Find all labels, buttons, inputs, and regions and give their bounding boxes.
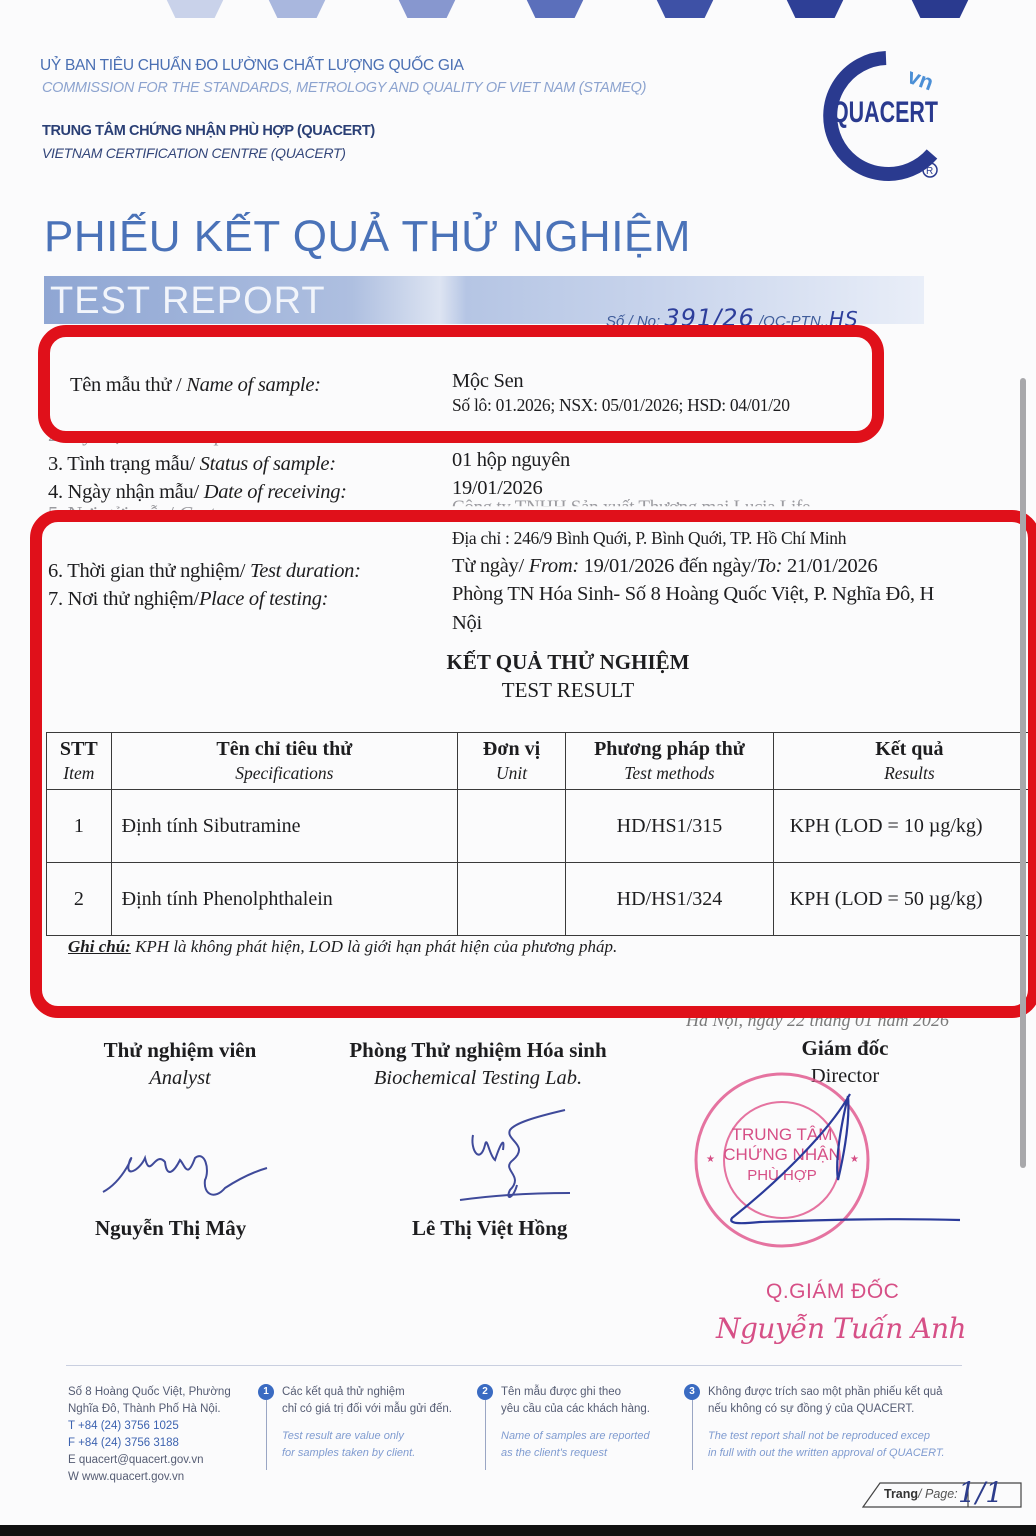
highlight-box-sample xyxy=(38,325,884,443)
footer-note-2-vn: Tên mẫu được ghi theoyêu cầu của các khá… xyxy=(501,1384,650,1418)
analyst-name: Nguyễn Thị Mây xyxy=(95,1216,246,1241)
footer-note-2-en: Name of samples are reportedas the clien… xyxy=(501,1428,650,1462)
centre-name-en: VIETNAM CERTIFICATION CENTRE (QUACERT) xyxy=(42,145,346,161)
footer-divider xyxy=(66,1365,962,1366)
footer-note-3-line xyxy=(692,1400,693,1470)
acting-director-title: Q.GIÁM ĐỐC xyxy=(766,1280,899,1304)
svg-text:★: ★ xyxy=(706,1154,715,1165)
field-status-label: 3. Tình trạng mẫu/ Status of sample: xyxy=(48,453,336,476)
field-date-received-label: 4. Ngày nhận mẫu/ Date of receiving: xyxy=(48,481,347,504)
test-report-page: UỶ BAN TIÊU CHUẨN ĐO LƯỜNG CHẤT LƯỢNG QU… xyxy=(0,0,1036,1525)
lab-head-name: Lê Thị Việt Hồng xyxy=(412,1216,567,1241)
vertical-scrollbar[interactable] xyxy=(1020,378,1026,1168)
footer-note-2-icon: 2 xyxy=(477,1384,493,1400)
footer-note-3-icon: 3 xyxy=(684,1384,700,1400)
footer-contact: Số 8 Hoàng Quốc Việt, Phường Nghĩa Đô, T… xyxy=(68,1384,231,1486)
org-name-en: COMMISSION FOR THE STANDARDS, METROLOGY … xyxy=(42,80,646,96)
lab-heading: Phòng Thử nghiệm Hóa sinhBiochemical Tes… xyxy=(318,1038,638,1090)
centre-name-vn: TRUNG TÂM CHỨNG NHẬN PHÙ HỢP (QUACERT) xyxy=(42,123,375,139)
report-title-vn: PHIẾU KẾT QUẢ THỬ NGHIỆM xyxy=(44,212,691,262)
lab-signature-icon xyxy=(455,1105,575,1210)
director-signature-icon xyxy=(720,1090,970,1230)
svg-text:vn: vn xyxy=(904,63,937,95)
report-title-en: TEST REPORT xyxy=(50,280,326,323)
acting-director-name: Nguyễn Tuấn Anh xyxy=(716,1312,966,1345)
analyst-signature-icon xyxy=(95,1140,275,1210)
quacert-logo: vn QUACERT R xyxy=(808,42,948,182)
status-value: 01 hộp nguyên xyxy=(452,449,570,472)
footer-note-3-vn: Không được trích sao một phần phiếu kết … xyxy=(708,1384,943,1418)
header-chevron-band xyxy=(0,0,1036,22)
footer-note-1-line xyxy=(266,1400,267,1470)
footer-email[interactable]: E quacert@quacert.gov.vn xyxy=(68,1452,231,1469)
org-name-vn: UỶ BAN TIÊU CHUẨN ĐO LƯỜNG CHẤT LƯỢNG QU… xyxy=(40,57,464,75)
footer-note-1-en: Test result are value onlyfor samples ta… xyxy=(282,1428,415,1462)
svg-text:QUACERT: QUACERT xyxy=(832,96,938,129)
footer-note-1-icon: 1 xyxy=(258,1384,274,1400)
page-number-value: 1/1 xyxy=(958,1476,1003,1509)
highlight-box-results xyxy=(30,510,1036,1018)
footer-note-3-en: The test report shall not be reproduced … xyxy=(708,1428,945,1462)
footer-website[interactable]: W www.quacert.gov.vn xyxy=(68,1469,231,1486)
footer-note-1-vn: Các kết quả thử nghiệmchỉ có giá trị đối… xyxy=(282,1384,452,1418)
date-received-value: 19/01/2026 xyxy=(452,477,542,500)
footer-note-2-line xyxy=(485,1400,486,1470)
footer-fax: F +84 (24) 3756 3188 xyxy=(68,1435,231,1452)
footer-phone: T +84 (24) 3756 1025 xyxy=(68,1418,231,1435)
analyst-heading: Thử nghiệm viênAnalyst xyxy=(70,1038,290,1090)
svg-text:R: R xyxy=(926,166,933,177)
page-label: Trang/ Page: xyxy=(884,1487,958,1501)
bottom-bar xyxy=(0,1525,1036,1536)
